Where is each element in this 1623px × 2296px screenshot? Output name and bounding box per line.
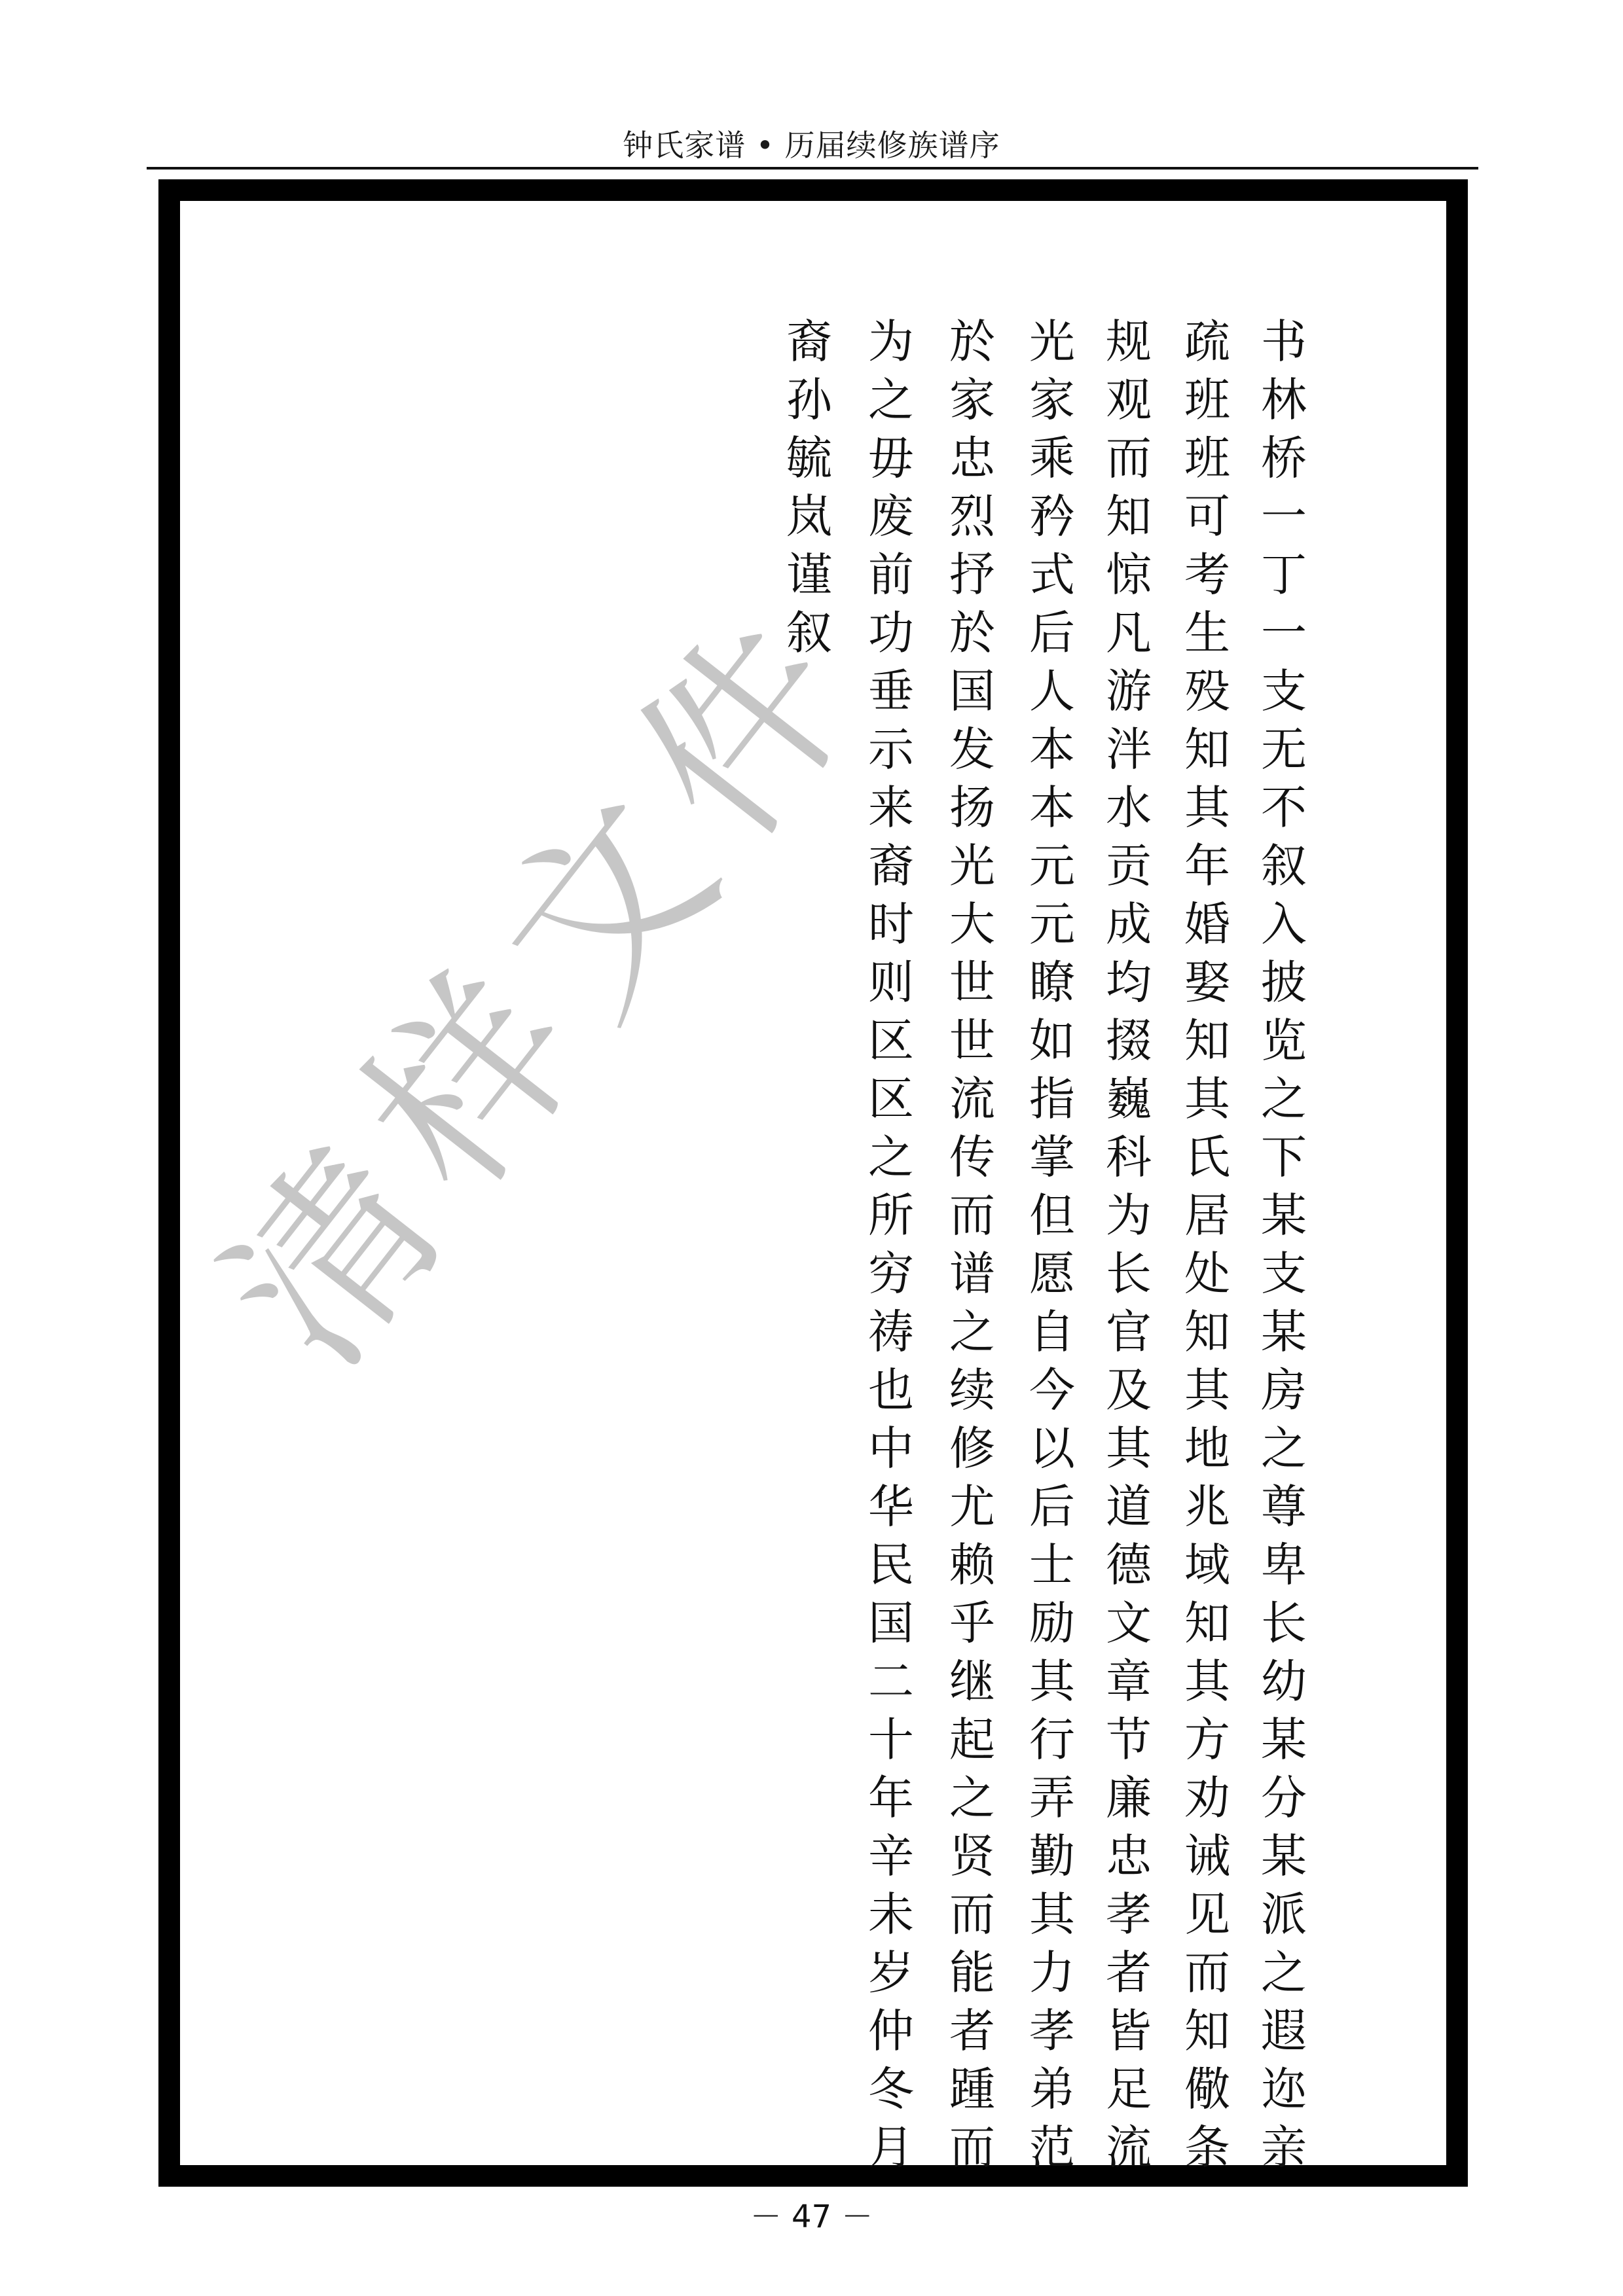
text-char: 知 bbox=[1178, 1594, 1237, 1653]
text-char: 足 bbox=[1099, 2060, 1158, 2119]
text-char: 之 bbox=[1254, 1944, 1313, 2002]
text-char: 区 bbox=[862, 1012, 921, 1070]
text-char: 某 bbox=[1254, 1303, 1313, 1361]
text-char: 水 bbox=[1099, 779, 1158, 837]
text-char: 发 bbox=[943, 721, 1002, 779]
text-char: 时 bbox=[862, 895, 921, 954]
text-char: 氏 bbox=[1178, 1128, 1237, 1187]
running-header: 钟氏家谱 • 历届续修族谱序 bbox=[0, 128, 1623, 162]
text-char: 林 bbox=[1254, 371, 1313, 429]
text-char: 孝 bbox=[1023, 2002, 1082, 2060]
text-char: 家 bbox=[1023, 371, 1082, 429]
text-char: 忠 bbox=[1099, 1827, 1158, 1886]
text-char: 如 bbox=[1023, 1012, 1082, 1070]
text-char: 瞭 bbox=[1023, 954, 1082, 1012]
text-char: 其 bbox=[1178, 779, 1237, 837]
text-char: 踵 bbox=[943, 2060, 1002, 2119]
text-char: 孝 bbox=[1099, 1886, 1158, 1944]
text-char: 疏 bbox=[1178, 313, 1237, 371]
text-char: 规 bbox=[1099, 313, 1158, 371]
text-char: 传 bbox=[943, 1128, 1002, 1187]
text-char: 亲 bbox=[1254, 2119, 1313, 2177]
text-char: 长 bbox=[1254, 1594, 1313, 1653]
text-char: 某 bbox=[1254, 1187, 1313, 1245]
text-char: 者 bbox=[943, 2002, 1002, 2060]
text-char: 区 bbox=[862, 1070, 921, 1128]
text-char: 家 bbox=[943, 371, 1002, 429]
text-char: 掇 bbox=[1099, 1012, 1158, 1070]
text-char: 惊 bbox=[1099, 546, 1158, 604]
text-char: 德 bbox=[1099, 1536, 1158, 1594]
text-char: 矜 bbox=[1023, 488, 1082, 546]
text-char: 扬 bbox=[943, 779, 1002, 837]
text-char: 以 bbox=[1023, 1420, 1082, 1478]
text-char: 岚 bbox=[780, 488, 839, 546]
text-char: 诫 bbox=[1178, 1827, 1237, 1886]
text-char: 知 bbox=[1099, 488, 1158, 546]
text-char: 也 bbox=[862, 1361, 921, 1420]
text-char: 本 bbox=[1023, 779, 1082, 837]
text-char: 幼 bbox=[1254, 1653, 1313, 1711]
text-char: 一 bbox=[1254, 604, 1313, 662]
text-char: 二 bbox=[862, 1653, 921, 1711]
text-column-1: 书林桥一丁一支无不叙入披览之下某支某房之尊卑长幼某分某派之遐迩亲 bbox=[1254, 313, 1313, 2177]
text-char: 光 bbox=[1023, 313, 1082, 371]
text-char: 知 bbox=[1178, 1012, 1237, 1070]
text-char: 尤 bbox=[943, 1478, 1002, 1536]
text-char: 元 bbox=[1023, 895, 1082, 954]
text-char: 来 bbox=[862, 779, 921, 837]
text-char: 华 bbox=[862, 1478, 921, 1536]
text-char: 废 bbox=[862, 488, 921, 546]
text-char: 一 bbox=[1254, 488, 1313, 546]
text-char: 赖 bbox=[943, 1536, 1002, 1594]
text-char: 人 bbox=[1023, 662, 1082, 721]
text-char: 忠 bbox=[943, 429, 1002, 488]
text-char: 月 bbox=[862, 2119, 921, 2177]
text-char: 年 bbox=[862, 1769, 921, 1827]
text-char: 支 bbox=[1254, 662, 1313, 721]
text-char: 览 bbox=[1254, 1012, 1313, 1070]
text-char: 廉 bbox=[1099, 1769, 1158, 1827]
text-char: 考 bbox=[1178, 546, 1237, 604]
text-char: 而 bbox=[1099, 429, 1158, 488]
text-char: 之 bbox=[943, 1303, 1002, 1361]
text-char: 披 bbox=[1254, 954, 1313, 1012]
text-char: 科 bbox=[1099, 1128, 1158, 1187]
text-char: 其 bbox=[1178, 1361, 1237, 1420]
text-char: 世 bbox=[943, 1012, 1002, 1070]
text-char: 者 bbox=[1099, 1944, 1158, 2002]
text-char: 某 bbox=[1254, 1827, 1313, 1886]
text-char: 之 bbox=[1254, 1070, 1313, 1128]
text-char: 丁 bbox=[1254, 546, 1313, 604]
text-char: 大 bbox=[943, 895, 1002, 954]
text-char: 贤 bbox=[943, 1827, 1002, 1886]
page-number: － 47 － bbox=[0, 2191, 1623, 2236]
text-column-4: 光家乘矜式后人本本元元瞭如指掌但愿自今以后士励其行弄勤其力孝弟范 bbox=[1023, 313, 1082, 2177]
text-char: 励 bbox=[1023, 1594, 1082, 1653]
text-char: 房 bbox=[1254, 1361, 1313, 1420]
text-char: 继 bbox=[943, 1653, 1002, 1711]
text-char: 后 bbox=[1023, 1478, 1082, 1536]
text-char: 则 bbox=[862, 954, 921, 1012]
text-char: 书 bbox=[1254, 313, 1313, 371]
text-char: 尊 bbox=[1254, 1478, 1313, 1536]
text-char: 观 bbox=[1099, 371, 1158, 429]
text-char: 其 bbox=[1023, 1886, 1082, 1944]
text-char: 卑 bbox=[1254, 1536, 1313, 1594]
text-char: 弟 bbox=[1023, 2060, 1082, 2119]
text-char: 十 bbox=[862, 1711, 921, 1769]
text-char: 但 bbox=[1023, 1187, 1082, 1245]
text-char: 起 bbox=[943, 1711, 1002, 1769]
text-char: 方 bbox=[1178, 1711, 1237, 1769]
text-char: 之 bbox=[1254, 1420, 1313, 1478]
text-char: 年 bbox=[1178, 837, 1237, 895]
text-char: 而 bbox=[943, 2119, 1002, 2177]
text-char: 游 bbox=[1099, 662, 1158, 721]
text-char: 叙 bbox=[1254, 837, 1313, 895]
text-char: 域 bbox=[1178, 1536, 1237, 1594]
text-char: 谨 bbox=[780, 546, 839, 604]
text-char: 后 bbox=[1023, 604, 1082, 662]
text-char: 抒 bbox=[943, 546, 1002, 604]
text-char: 贡 bbox=[1099, 837, 1158, 895]
text-char: 知 bbox=[1178, 1303, 1237, 1361]
text-char: 自 bbox=[1023, 1303, 1082, 1361]
text-char: 不 bbox=[1254, 779, 1313, 837]
text-char: 皆 bbox=[1099, 2002, 1158, 2060]
text-char: 光 bbox=[943, 837, 1002, 895]
text-char: 今 bbox=[1023, 1361, 1082, 1420]
text-char: 前 bbox=[862, 546, 921, 604]
text-char: 乎 bbox=[943, 1594, 1002, 1653]
text-char: 世 bbox=[943, 954, 1002, 1012]
text-char: 遐 bbox=[1254, 2002, 1313, 2060]
text-char: 行 bbox=[1023, 1711, 1082, 1769]
text-char: 班 bbox=[1178, 371, 1237, 429]
text-char: 未 bbox=[862, 1886, 921, 1944]
text-char: 入 bbox=[1254, 895, 1313, 954]
text-char: 祷 bbox=[862, 1303, 921, 1361]
text-char: 指 bbox=[1023, 1070, 1082, 1128]
text-char: 为 bbox=[1099, 1187, 1158, 1245]
text-char: 乘 bbox=[1023, 429, 1082, 488]
text-char: 条 bbox=[1178, 2119, 1237, 2177]
text-char: 毋 bbox=[862, 429, 921, 488]
text-char: 而 bbox=[1178, 1944, 1237, 2002]
text-char: 中 bbox=[862, 1420, 921, 1478]
text-char: 毓 bbox=[780, 429, 839, 488]
text-char: 地 bbox=[1178, 1420, 1237, 1478]
text-char: 辛 bbox=[862, 1827, 921, 1886]
text-char: 之 bbox=[943, 1769, 1002, 1827]
text-char: 为 bbox=[862, 313, 921, 371]
text-char: 续 bbox=[943, 1361, 1002, 1420]
text-char: 其 bbox=[1023, 1653, 1082, 1711]
text-char: 泮 bbox=[1099, 721, 1158, 779]
text-char: 无 bbox=[1254, 721, 1313, 779]
text-char: 派 bbox=[1254, 1886, 1313, 1944]
text-char: 裔 bbox=[780, 313, 839, 371]
text-char: 於 bbox=[943, 313, 1002, 371]
text-char: 其 bbox=[1099, 1420, 1158, 1478]
text-char: 功 bbox=[862, 604, 921, 662]
text-char: 劝 bbox=[1178, 1769, 1237, 1827]
text-char: 烈 bbox=[943, 488, 1002, 546]
text-char: 示 bbox=[862, 721, 921, 779]
text-char: 生 bbox=[1178, 604, 1237, 662]
text-char: 民 bbox=[862, 1536, 921, 1594]
text-char: 文 bbox=[1099, 1594, 1158, 1653]
text-char: 仲 bbox=[862, 2002, 921, 2060]
text-column-5: 於家忠烈抒於国发扬光大世世流传而谱之续修尤赖乎继起之贤而能者踵而 bbox=[943, 313, 1002, 2177]
text-char: 范 bbox=[1023, 2119, 1082, 2177]
text-char: 均 bbox=[1099, 954, 1158, 1012]
text-char: 士 bbox=[1023, 1536, 1082, 1594]
text-column-6: 为之毋废前功垂示来裔时则区区之所穷祷也中华民国二十年辛未岁仲冬月 bbox=[862, 313, 921, 2177]
text-char: 冬 bbox=[862, 2060, 921, 2119]
text-char: 之 bbox=[862, 1128, 921, 1187]
text-char: 节 bbox=[1099, 1711, 1158, 1769]
text-char: 分 bbox=[1254, 1769, 1313, 1827]
text-char: 而 bbox=[943, 1187, 1002, 1245]
text-char: 国 bbox=[862, 1594, 921, 1653]
text-char: 处 bbox=[1178, 1245, 1237, 1303]
text-char: 元 bbox=[1023, 837, 1082, 895]
text-char: 修 bbox=[943, 1420, 1002, 1478]
text-char: 国 bbox=[943, 662, 1002, 721]
text-char: 殁 bbox=[1178, 662, 1237, 721]
text-char: 巍 bbox=[1099, 1070, 1158, 1128]
text-char: 婚 bbox=[1178, 895, 1237, 954]
text-char: 於 bbox=[943, 604, 1002, 662]
text-char: 而 bbox=[943, 1886, 1002, 1944]
text-char: 本 bbox=[1023, 721, 1082, 779]
text-char: 掌 bbox=[1023, 1128, 1082, 1187]
text-char: 孙 bbox=[780, 371, 839, 429]
text-char: 之 bbox=[862, 371, 921, 429]
text-char: 流 bbox=[1099, 2119, 1158, 2177]
text-char: 知 bbox=[1178, 721, 1237, 779]
text-char: 儆 bbox=[1178, 2060, 1237, 2119]
text-char: 成 bbox=[1099, 895, 1158, 954]
signature-column: 裔孙毓岚谨叙 bbox=[780, 313, 839, 662]
text-char: 班 bbox=[1178, 429, 1237, 488]
text-char: 穷 bbox=[862, 1245, 921, 1303]
text-char: 裔 bbox=[862, 837, 921, 895]
text-char: 弄 bbox=[1023, 1769, 1082, 1827]
text-column-3: 规观而知惊凡游泮水贡成均掇巍科为长官及其道德文章节廉忠孝者皆足流 bbox=[1099, 313, 1158, 2177]
text-char: 下 bbox=[1254, 1128, 1313, 1187]
text-char: 其 bbox=[1178, 1653, 1237, 1711]
text-char: 道 bbox=[1099, 1478, 1158, 1536]
text-char: 章 bbox=[1099, 1653, 1158, 1711]
text-char: 见 bbox=[1178, 1886, 1237, 1944]
text-char: 愿 bbox=[1023, 1245, 1082, 1303]
text-char: 式 bbox=[1023, 546, 1082, 604]
text-char: 官 bbox=[1099, 1303, 1158, 1361]
text-char: 迩 bbox=[1254, 2060, 1313, 2119]
text-char: 某 bbox=[1254, 1711, 1313, 1769]
text-column-2: 疏班班可考生殁知其年婚娶知其氏居处知其地兆域知其方劝诫见而知儆条 bbox=[1178, 313, 1237, 2177]
text-char: 及 bbox=[1099, 1361, 1158, 1420]
text-char: 支 bbox=[1254, 1245, 1313, 1303]
text-char: 可 bbox=[1178, 488, 1237, 546]
text-char: 娶 bbox=[1178, 954, 1237, 1012]
text-char: 其 bbox=[1178, 1070, 1237, 1128]
text-char: 叙 bbox=[780, 604, 839, 662]
text-char: 流 bbox=[943, 1070, 1002, 1128]
text-char: 力 bbox=[1023, 1944, 1082, 2002]
text-char: 能 bbox=[943, 1944, 1002, 2002]
text-char: 知 bbox=[1178, 2002, 1237, 2060]
text-char: 勤 bbox=[1023, 1827, 1082, 1886]
text-char: 岁 bbox=[862, 1944, 921, 2002]
text-char: 居 bbox=[1178, 1187, 1237, 1245]
text-char: 桥 bbox=[1254, 429, 1313, 488]
text-char: 垂 bbox=[862, 662, 921, 721]
text-char: 长 bbox=[1099, 1245, 1158, 1303]
text-char: 所 bbox=[862, 1187, 921, 1245]
text-char: 凡 bbox=[1099, 604, 1158, 662]
text-char: 谱 bbox=[943, 1245, 1002, 1303]
header-rule bbox=[147, 167, 1478, 170]
text-char: 兆 bbox=[1178, 1478, 1237, 1536]
